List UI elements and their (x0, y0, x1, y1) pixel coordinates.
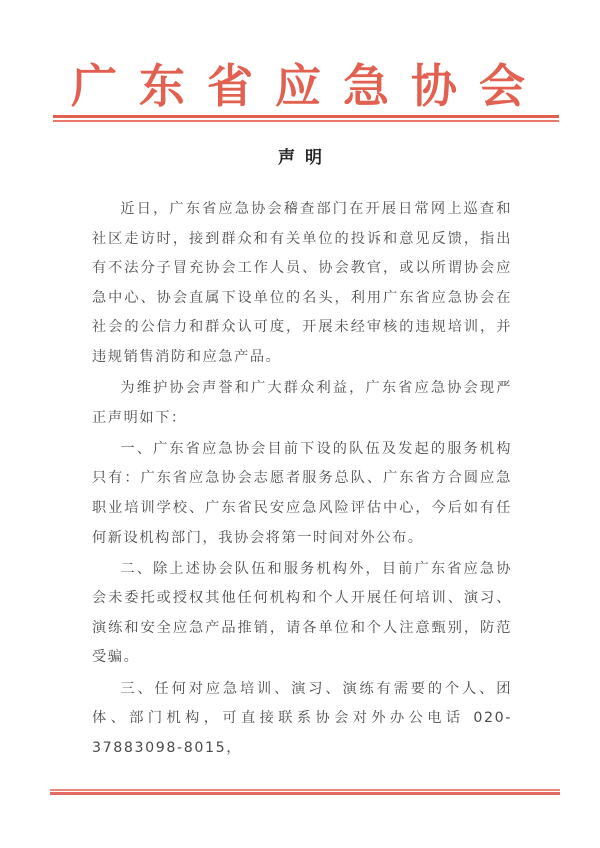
letterhead-rule-thick (53, 115, 559, 118)
paragraph-item-3: 三、任何对应急培训、演习、演练有需要的个人、团体、部门机构，可直接联系协会对外办… (92, 675, 512, 764)
paragraph-item-1: 一、广东省应急协会目前下设的队伍及发起的服务机构只有：广东省应急协会志愿者服务总… (92, 435, 512, 553)
document-body: 近日，广东省应急协会稽查部门在开展日常网上巡查和社区走访时，接到群众和有关单位的… (92, 195, 512, 765)
paragraph-declaration: 为维护协会声誉和广大群众利益，广东省应急协会现严正声明如下： (92, 374, 512, 433)
document-title: 声明 (0, 146, 600, 170)
letterhead-organization-name: 广东省应急协会 (0, 58, 600, 114)
footer-rule-thin (50, 789, 560, 791)
letterhead-rule-thin (53, 120, 559, 122)
paragraph-item-2: 二、除上述协会队伍和服务机构外，目前广东省应急协会未委托或授权其他任何机构和个人… (92, 555, 512, 673)
footer-rule-thick (50, 792, 560, 795)
paragraph-intro: 近日，广东省应急协会稽查部门在开展日常网上巡查和社区走访时，接到群众和有关单位的… (92, 195, 512, 373)
